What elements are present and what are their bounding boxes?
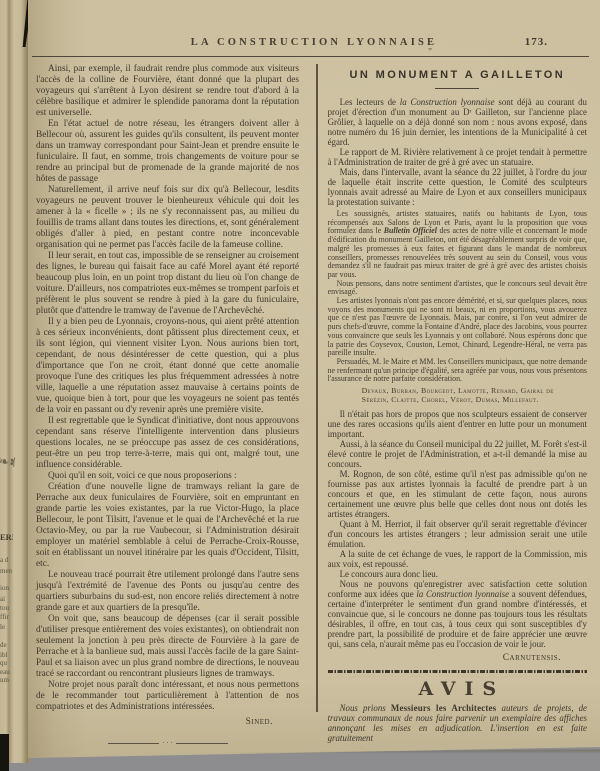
book-binding: ❧✽ ERI a d men ion ai tou ffir le de ibl… [0, 0, 30, 763]
protest-letter-quote: Les soussignés, artistes statuaires, nat… [328, 210, 587, 404]
text-run: Les lecteurs de [340, 97, 400, 107]
facing-page-fragment: um [0, 676, 13, 684]
facing-page-fragment: a d [0, 556, 13, 564]
signatories-list: Devaux, Burban, Bourgeot, Lamotte, Renar… [328, 386, 587, 404]
paragraph: Le concours aura donc lieu. [328, 569, 587, 579]
facing-page-fragment: tou [0, 604, 13, 612]
paragraph: On voit que, sans beaucoup de dépenses (… [36, 614, 299, 680]
avis-notice: Nous prions Messieurs les Architectes au… [328, 703, 587, 743]
paragraph: Il y a bien peu de Lyonnais, croyons-nou… [36, 317, 299, 416]
paragraph: Le nouveau tracé pourrait être utilement… [36, 570, 299, 614]
paragraph: Il n'était pas hors de propos que nos sc… [328, 409, 587, 439]
facing-page-fragment: eau [0, 668, 13, 676]
fleuron-ornament-icon: ❧✽ [0, 454, 15, 517]
paragraph: Notre projet nous paraît donc intéressan… [36, 680, 299, 713]
paragraph: M. Rognon, de son côté, estime qu'il n'e… [328, 469, 587, 519]
facing-page-fragment: men [0, 567, 13, 575]
paragraph: Le rapport de M. Rivière relativement à … [328, 147, 587, 167]
paragraph: Quant à M. Herriot, il fait observer qu'… [328, 519, 587, 549]
text-run: des actes de notre ville et concernant l… [328, 226, 587, 279]
quote-paragraph: Nous pensons, dans notre sentiment d'art… [328, 280, 587, 297]
facing-page-fragment: le [0, 623, 13, 631]
journal-page: LA CONSTRUCTION LYONNAISE 173. „ Ainsi, … [28, 0, 600, 771]
print-fleck: „ [428, 41, 432, 51]
paragraph: Nous ne pouvons qu'enregistrer avec sati… [328, 579, 587, 649]
paragraph: A la suite de cet échange de vues, le ra… [328, 549, 587, 569]
article-title: UN MONUMENT A GAILLETON [328, 69, 587, 81]
facing-page-fragment: ERI [0, 533, 13, 541]
right-article: UN MONUMENT A GAILLETON Les lecteurs de … [318, 64, 587, 761]
text-run: Nous prions [340, 703, 391, 713]
facing-page-fragment: qu [0, 659, 13, 667]
end-of-article-ornament: · · · [108, 741, 228, 745]
avis-title: AVIS [328, 678, 587, 700]
quote-paragraph: Persuadés, M. le Maire et MM. les Consei… [328, 358, 587, 384]
page-number: 173. [525, 36, 548, 48]
bulletin-officiel-emphasis: Bulletin Officiel [384, 226, 437, 235]
journal-masthead-title: LA CONSTRUCTION LYONNAISE [28, 37, 600, 48]
paragraph: Les lecteurs de la Construction lyonnais… [328, 97, 587, 147]
facing-page-fragment: ai [0, 595, 13, 603]
paragraph: Aussi, à la séance du Conseil municipal … [328, 439, 587, 469]
article-signature: Carnutensis. [328, 653, 587, 663]
paragraph: Création d'une nouvelle ligne de tramway… [36, 482, 299, 570]
journal-name-italic: la Construction lyonnaise [400, 97, 495, 107]
facing-page-fragment: ffir [0, 613, 13, 621]
paragraph: Mais, dans l'intervalle, avant la séance… [328, 167, 587, 207]
paragraph: Ainsi, par exemple, il faudrait rendre p… [36, 64, 299, 119]
left-article: Ainsi, par exemple, il faudrait rendre p… [36, 64, 299, 761]
facing-page-fragment: ion [0, 584, 13, 592]
architects-emphasis: Messieurs les Architectes [391, 703, 496, 713]
header-rule [32, 56, 589, 57]
title-underline-rule [435, 88, 479, 89]
two-column-layout: Ainsi, par exemple, il faudrait rendre p… [36, 64, 587, 761]
quote-paragraph: Les artistes lyonnais n'ont pas encore d… [328, 297, 587, 358]
ornament-dots: · · · [162, 741, 173, 745]
article-signature: Sined. [36, 717, 299, 727]
scanned-journal-page: ❧✽ ERI a d men ion ai tou ffir le de ibl… [0, 0, 600, 771]
quote-paragraph: Les soussignés, artistes statuaires, nat… [328, 210, 587, 280]
paragraph: Il est regrettable que le Syndicat d'ini… [36, 416, 299, 471]
cover-bottom-corner [0, 734, 9, 771]
dot-dash-section-rule [328, 670, 587, 673]
paragraph: Quoi qu'il en soit, voici ce que nous pr… [36, 471, 299, 482]
facing-page-fragment: ibl [0, 651, 13, 659]
paragraph: En l'état actuel de notre réseau, les ét… [36, 119, 299, 185]
facing-page-fragment: de [0, 641, 13, 649]
journal-name-italic: la Construction lyonnaise [416, 589, 509, 599]
paragraph: Naturellement, il arrive neuf fois sur d… [36, 185, 299, 251]
paragraph: Il leur serait, en tout cas, impossible … [36, 251, 299, 317]
